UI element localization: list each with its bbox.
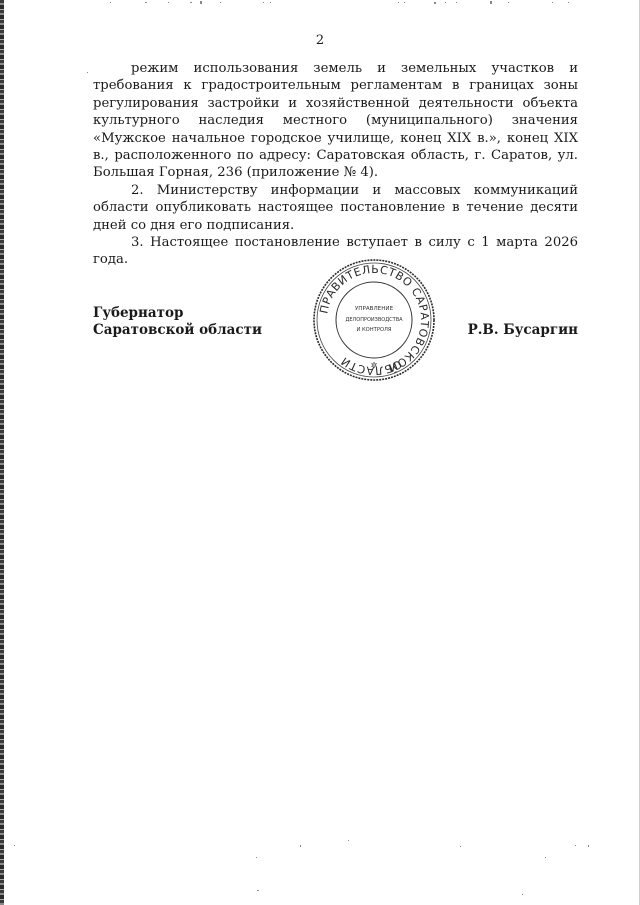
scan-left-edge: [0, 0, 4, 905]
stamp-inner-line3: И КОНТРОЛЯ: [356, 327, 391, 333]
signatory-title-line1: Губернатор: [93, 305, 262, 322]
official-stamp-seal: ПРАВИТЕЛЬСТВО САРАТОВСКОЙ ОБЛАСТИ УПРАВЛ…: [312, 258, 436, 382]
signatory-title-line2: Саратовской области: [93, 322, 262, 339]
document-body: режим использования земель и земельных у…: [93, 60, 578, 269]
stamp-star-icon: ✲: [371, 361, 378, 370]
stamp-inner-line2: ДЕЛОПРОИЗВОДСТВА: [345, 317, 403, 323]
signatory-name: Р.В. Бусаргин: [468, 322, 578, 339]
stamp-inner-line1: УПРАВЛЕНИЕ: [355, 306, 394, 312]
page-number: 2: [0, 33, 640, 48]
paragraph-continuation: режим использования земель и земельных у…: [93, 60, 578, 182]
paragraph-item-2: 2. Министерству информации и массовых ко…: [93, 182, 578, 234]
signatory-title: Губернатор Саратовской области: [93, 305, 262, 339]
